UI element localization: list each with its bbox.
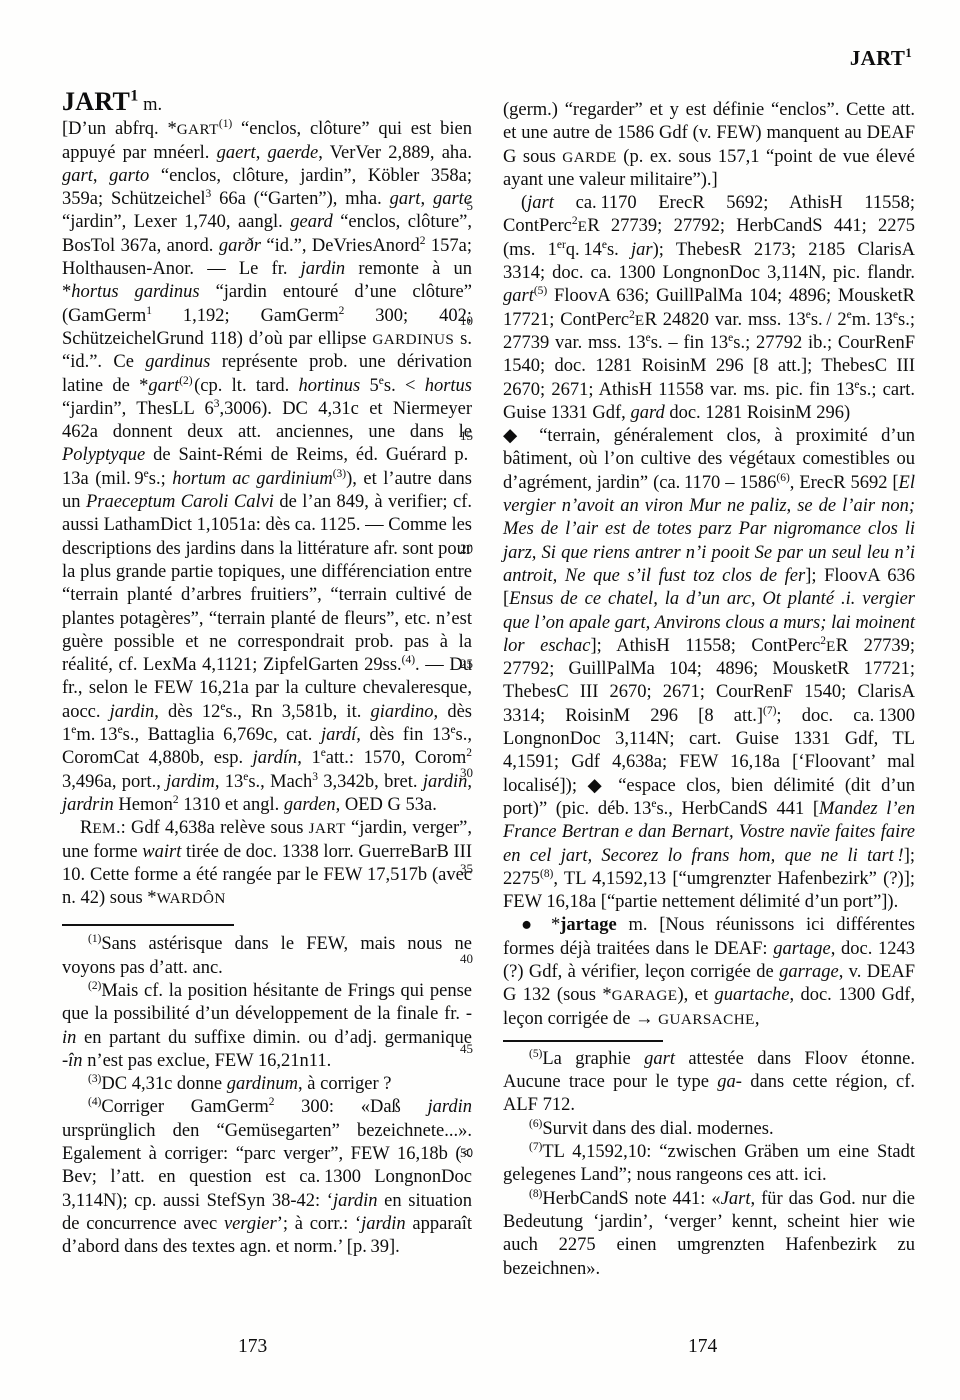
left-column-footnotes: (1)Sans astérisque dans le FEW, mais nou… <box>62 933 472 1259</box>
footnote: (3)DC 4,31c donne gardinum, à corriger ? <box>62 1073 472 1096</box>
entry-paragraph: (jart ca. 1170 ErecR 5692; AthisH 11558;… <box>503 192 915 425</box>
line-number: 40 <box>460 952 473 965</box>
headword: JART1 <box>62 87 139 116</box>
line-number: 20 <box>460 542 473 555</box>
dictionary-page: JART1 JART1 m.[D’un abfrq. *GART(1) “enc… <box>0 0 960 1400</box>
entry-paragraph: JART1 m. <box>62 90 472 117</box>
entry-paragraph: REM.: Gdf 4,638a relève sous JART “jardi… <box>62 817 472 910</box>
entry-paragraph: (germ.) “regarder” et y est définie “enc… <box>503 99 915 192</box>
page-number-right: 174 <box>688 1336 717 1358</box>
right-column: (germ.) “regarder” et y est définie “enc… <box>503 99 915 1281</box>
footnote: (1)Sans astérisque dans le FEW, mais nou… <box>62 933 472 980</box>
footnote: (8)HerbCandS note 441: «Jart, für das Go… <box>503 1188 915 1281</box>
footnote: (5)La graphie gart attestée dans Floov é… <box>503 1048 915 1118</box>
right-column-footnotes: (5)La graphie gart attestée dans Floov é… <box>503 1048 915 1281</box>
line-number: 15 <box>460 429 473 442</box>
line-number-gutter: 5101520253035404550 <box>447 0 473 1400</box>
footnote: (2)Mais cf. la position hésitante de Fri… <box>62 980 472 1073</box>
entry-paragraph: [D’un abfrq. *GART(1) “enclos, clôture” … <box>62 118 472 817</box>
left-column-body: JART1 m.[D’un abfrq. *GART(1) “enclos, c… <box>62 90 472 910</box>
footnote-rule <box>503 1040 663 1042</box>
page-number-left: 173 <box>238 1336 267 1358</box>
line-number: 5 <box>467 199 474 212</box>
running-head: JART1 <box>850 46 912 71</box>
line-number: 30 <box>460 766 473 779</box>
line-number: 50 <box>460 1146 473 1159</box>
right-column-body: (germ.) “regarder” et y est définie “enc… <box>503 99 915 1031</box>
line-number: 35 <box>460 862 473 875</box>
entry-paragraph: ◆ “terrain, généralement clos, à proximi… <box>503 425 915 914</box>
line-number: 10 <box>460 314 473 327</box>
footnote: (7)TL 4,1592,10: “zwischen Gräben um ein… <box>503 1141 915 1188</box>
footnote: (4)Corriger GamGerm2 300: «Daß jardin ur… <box>62 1096 472 1259</box>
line-number: 25 <box>460 657 473 670</box>
footnote-rule <box>62 924 234 926</box>
left-column: JART1 m.[D’un abfrq. *GART(1) “enclos, c… <box>62 90 472 1260</box>
entry-paragraph: ● *jartage m. [Nous réunissons ici diffé… <box>503 914 915 1030</box>
footnote: (6)Survit dans des dial. modernes. <box>503 1118 915 1141</box>
line-number: 45 <box>460 1042 473 1055</box>
